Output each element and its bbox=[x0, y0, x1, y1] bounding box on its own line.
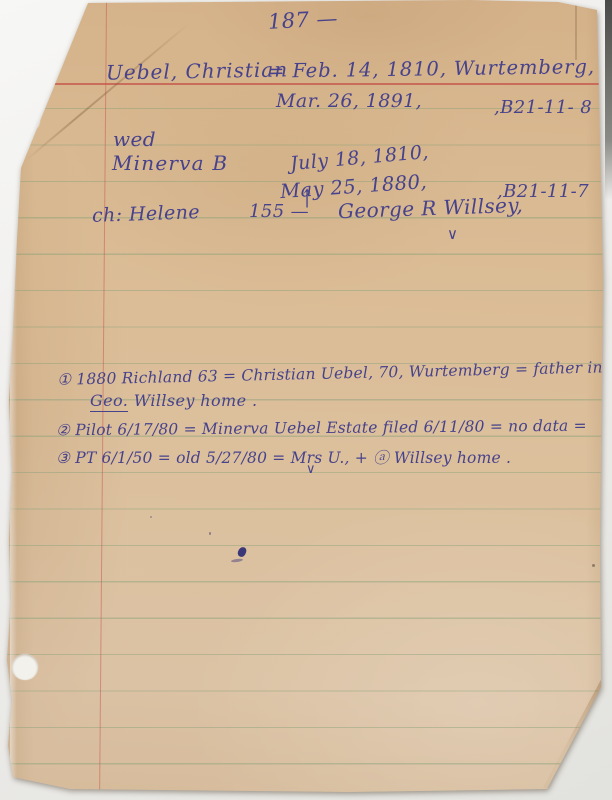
ink-speck bbox=[592, 564, 595, 567]
note-2-marker: ② bbox=[56, 421, 70, 439]
top-left-crease bbox=[24, 22, 190, 161]
scanned-document-page: { "scan": { "page_number": "187 —", "ent… bbox=[0, 0, 612, 800]
note-1-marker: ① bbox=[57, 370, 72, 388]
hole-punch-top bbox=[17, 109, 40, 132]
down-arrow-mark: ∨ bbox=[447, 225, 458, 243]
scanner-edge-shadow bbox=[605, 0, 612, 200]
left-torn-edge-highlight bbox=[10, 170, 17, 780]
spouse-name: Minerva B bbox=[112, 151, 228, 175]
note-3-text: PT 6/1/50 = old 5/27/80 = Mrs U., + ⓐ Wi… bbox=[70, 449, 511, 467]
up-arrow-mark: ↑ bbox=[300, 185, 315, 215]
entry-name: Uebel, Christian bbox=[106, 57, 288, 84]
entry-reference-code: ,B21-11- 8 bbox=[494, 97, 592, 118]
wed-label: wed bbox=[113, 127, 156, 151]
ink-speck bbox=[209, 532, 211, 535]
ink-speck bbox=[150, 516, 152, 518]
note-line-1: ① 1880 Richland 63 = Christian Uebel, 70… bbox=[57, 357, 612, 389]
red-header-line bbox=[10, 83, 604, 85]
top-right-crease bbox=[575, 0, 577, 60]
note-2-text: Pilot 6/17/80 = Minerva Uebel Estate fil… bbox=[70, 417, 587, 440]
ink-blot bbox=[237, 546, 247, 558]
page-number: 187 — bbox=[267, 6, 338, 34]
entry-birth-date: = Feb. 14, 1810, Wurtemberg, Ger bbox=[268, 54, 612, 82]
paper-sheet-wrapper: 187 — Uebel, Christian = Feb. 14, 1810, … bbox=[0, 0, 612, 800]
note-1-text: 1880 Richland 63 = Christian Uebel, 70, … bbox=[71, 357, 612, 388]
note-line-3: ③ PT 6/1/50 = old 5/27/80 = Mrs U., + ⓐ … bbox=[56, 446, 511, 468]
note-3-marker: ③ bbox=[56, 449, 70, 467]
note-line-2: ② Pilot 6/17/80 = Minerva Uebel Estate f… bbox=[56, 417, 587, 440]
spouse-birth-date: July 18, 1810, bbox=[289, 141, 429, 175]
children-line: ch: Helene bbox=[92, 201, 201, 227]
hole-punch-bottom bbox=[12, 654, 38, 680]
bottom-right-fold bbox=[543, 678, 605, 792]
note-1b-underlined-word: Geo. bbox=[90, 391, 128, 412]
ink-smudge bbox=[231, 558, 243, 563]
paper-sheet: 187 — Uebel, Christian = Feb. 14, 1810, … bbox=[0, 0, 612, 800]
entry-death-date: Mar. 26, 1891, bbox=[276, 90, 422, 112]
note-line-1-continued: Geo. Willsey home . bbox=[90, 391, 257, 410]
note-1b-rest: Willsey home . bbox=[128, 391, 257, 410]
note-3-down-arrow-mark: ∨ bbox=[306, 462, 316, 477]
son-in-law-name: George R Willsey, bbox=[338, 193, 524, 223]
